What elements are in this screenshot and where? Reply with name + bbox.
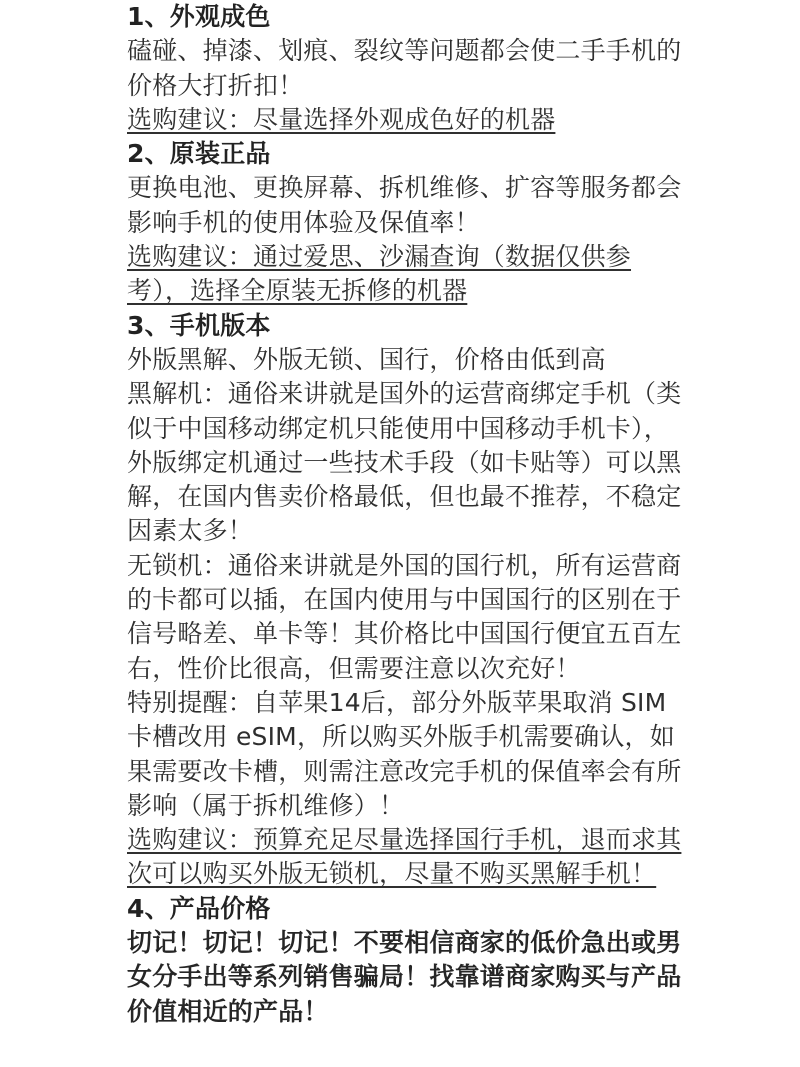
advice-line: 选购建议：尽量选择外观成色好的机器	[127, 105, 555, 134]
body-line: 果需要改卡槽，则需注意改完手机的保值率会有所	[127, 755, 687, 789]
advice-line: 选购建议：通过爱思、沙漏查询（数据仅供参	[127, 242, 631, 271]
body-line: 外版黑解、外版无锁、国行，价格由低到高	[127, 343, 687, 377]
body-line: 因素太多！	[127, 514, 687, 548]
body-line: 信号略差、单卡等！其价格比中国国行便宜五百左	[127, 617, 687, 651]
body-line: 磕碰、掉漆、划痕、裂纹等问题都会使二手手机的	[127, 34, 687, 68]
advice-line: 考），选择全原装无拆修的机器	[127, 276, 467, 305]
body-line: 的卡都可以插，在国内使用与中国国行的区别在于	[127, 583, 687, 617]
warning-line: 切记！切记！切记！不要相信商家的低价急出或男	[127, 926, 687, 960]
warning-line: 价值相近的产品！	[127, 995, 687, 1029]
body-line: 解，在国内售卖价格最低，但也最不推荐，不稳定	[127, 480, 687, 514]
body-line: 外版绑定机通过一些技术手段（如卡贴等）可以黑	[127, 446, 687, 480]
warning-line: 女分手出等系列销售骗局！找靠谱商家购买与产品	[127, 960, 687, 994]
section-original: 2、原装正品 更换电池、更换屏幕、拆机维修、扩容等服务都会 影响手机的使用体验及…	[127, 137, 687, 308]
body-line: 似于中国移动绑定机只能使用中国移动手机卡），	[127, 412, 687, 446]
body-line: 影响手机的使用体验及保值率！	[127, 206, 687, 240]
body-line: 特别提醒：自苹果14后，部分外版苹果取消 SIM	[127, 686, 687, 720]
body-line: 卡槽改用 eSIM，所以购买外版手机需要确认，如	[127, 720, 687, 754]
body-line: 黑解机：通俗来讲就是国外的运营商绑定手机（类	[127, 377, 687, 411]
body-line: 更换电池、更换屏幕、拆机维修、扩容等服务都会	[127, 171, 687, 205]
section-heading: 4、产品价格	[127, 892, 687, 926]
section-appearance: 1、外观成色 磕碰、掉漆、划痕、裂纹等问题都会使二手手机的 价格大打折扣！ 选购…	[127, 0, 687, 137]
advice-line: 次可以购买外版无锁机，尽量不购买黑解手机！	[127, 859, 656, 888]
section-price: 4、产品价格 切记！切记！切记！不要相信商家的低价急出或男 女分手出等系列销售骗…	[127, 892, 687, 1029]
body-line: 右，性价比很高，但需要注意以次充好！	[127, 652, 687, 686]
advice-line: 选购建议：预算充足尽量选择国行手机，退而求其	[127, 825, 681, 854]
body-line: 影响（属于拆机维修）！	[127, 789, 687, 823]
body-line: 无锁机：通俗来讲就是外国的国行机，所有运营商	[127, 549, 687, 583]
section-heading: 1、外观成色	[127, 0, 687, 34]
body-line: 价格大打折扣！	[127, 69, 687, 103]
section-version: 3、手机版本 外版黑解、外版无锁、国行，价格由低到高 黑解机：通俗来讲就是国外的…	[127, 309, 687, 892]
article-content: 1、外观成色 磕碰、掉漆、划痕、裂纹等问题都会使二手手机的 价格大打折扣！ 选购…	[127, 0, 687, 1029]
section-heading: 2、原装正品	[127, 137, 687, 171]
section-heading: 3、手机版本	[127, 309, 687, 343]
